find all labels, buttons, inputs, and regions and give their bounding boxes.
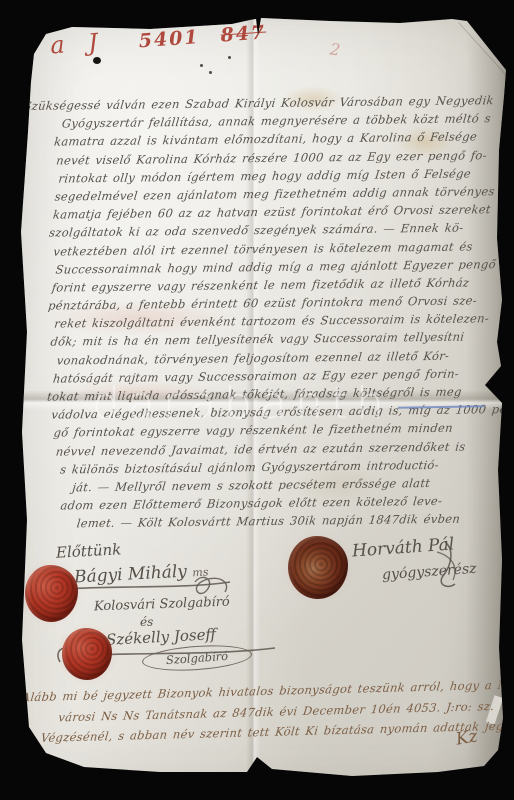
signature-paraph-text: ms xyxy=(192,565,209,579)
ink-speckle xyxy=(228,56,231,59)
wax-seal-dark-brown xyxy=(288,536,348,599)
ink-speckle xyxy=(200,64,203,67)
manuscript-paper: a J 5401 847 2 Szükségessé válván ezen S… xyxy=(0,0,514,800)
registry-docket-number: 5401 xyxy=(138,26,200,52)
attestation-block: Alább mi bé jegyzett Bizonyok hivatalos … xyxy=(21,678,508,752)
registry-prefix: a J xyxy=(49,28,106,60)
wax-seal-red-upper xyxy=(25,565,78,622)
signature-conjunction: és xyxy=(140,615,153,629)
ink-blot xyxy=(93,57,101,64)
wax-seal-surface xyxy=(62,628,112,680)
photo-stage: a J 5401 847 2 Szükségessé válván ezen S… xyxy=(0,0,514,800)
manuscript-body: Szükségessé válván ezen Szabad Királyi K… xyxy=(21,93,508,535)
registry-year-struck: 847 xyxy=(220,21,267,46)
witness-heading: Előttünk xyxy=(56,540,122,561)
wax-seal-surface xyxy=(288,536,348,599)
clerk-paraph: Kz xyxy=(454,726,479,749)
ink-speckle xyxy=(209,71,212,74)
wax-seal-red-lower xyxy=(62,628,112,680)
wax-seal-surface xyxy=(25,565,78,622)
